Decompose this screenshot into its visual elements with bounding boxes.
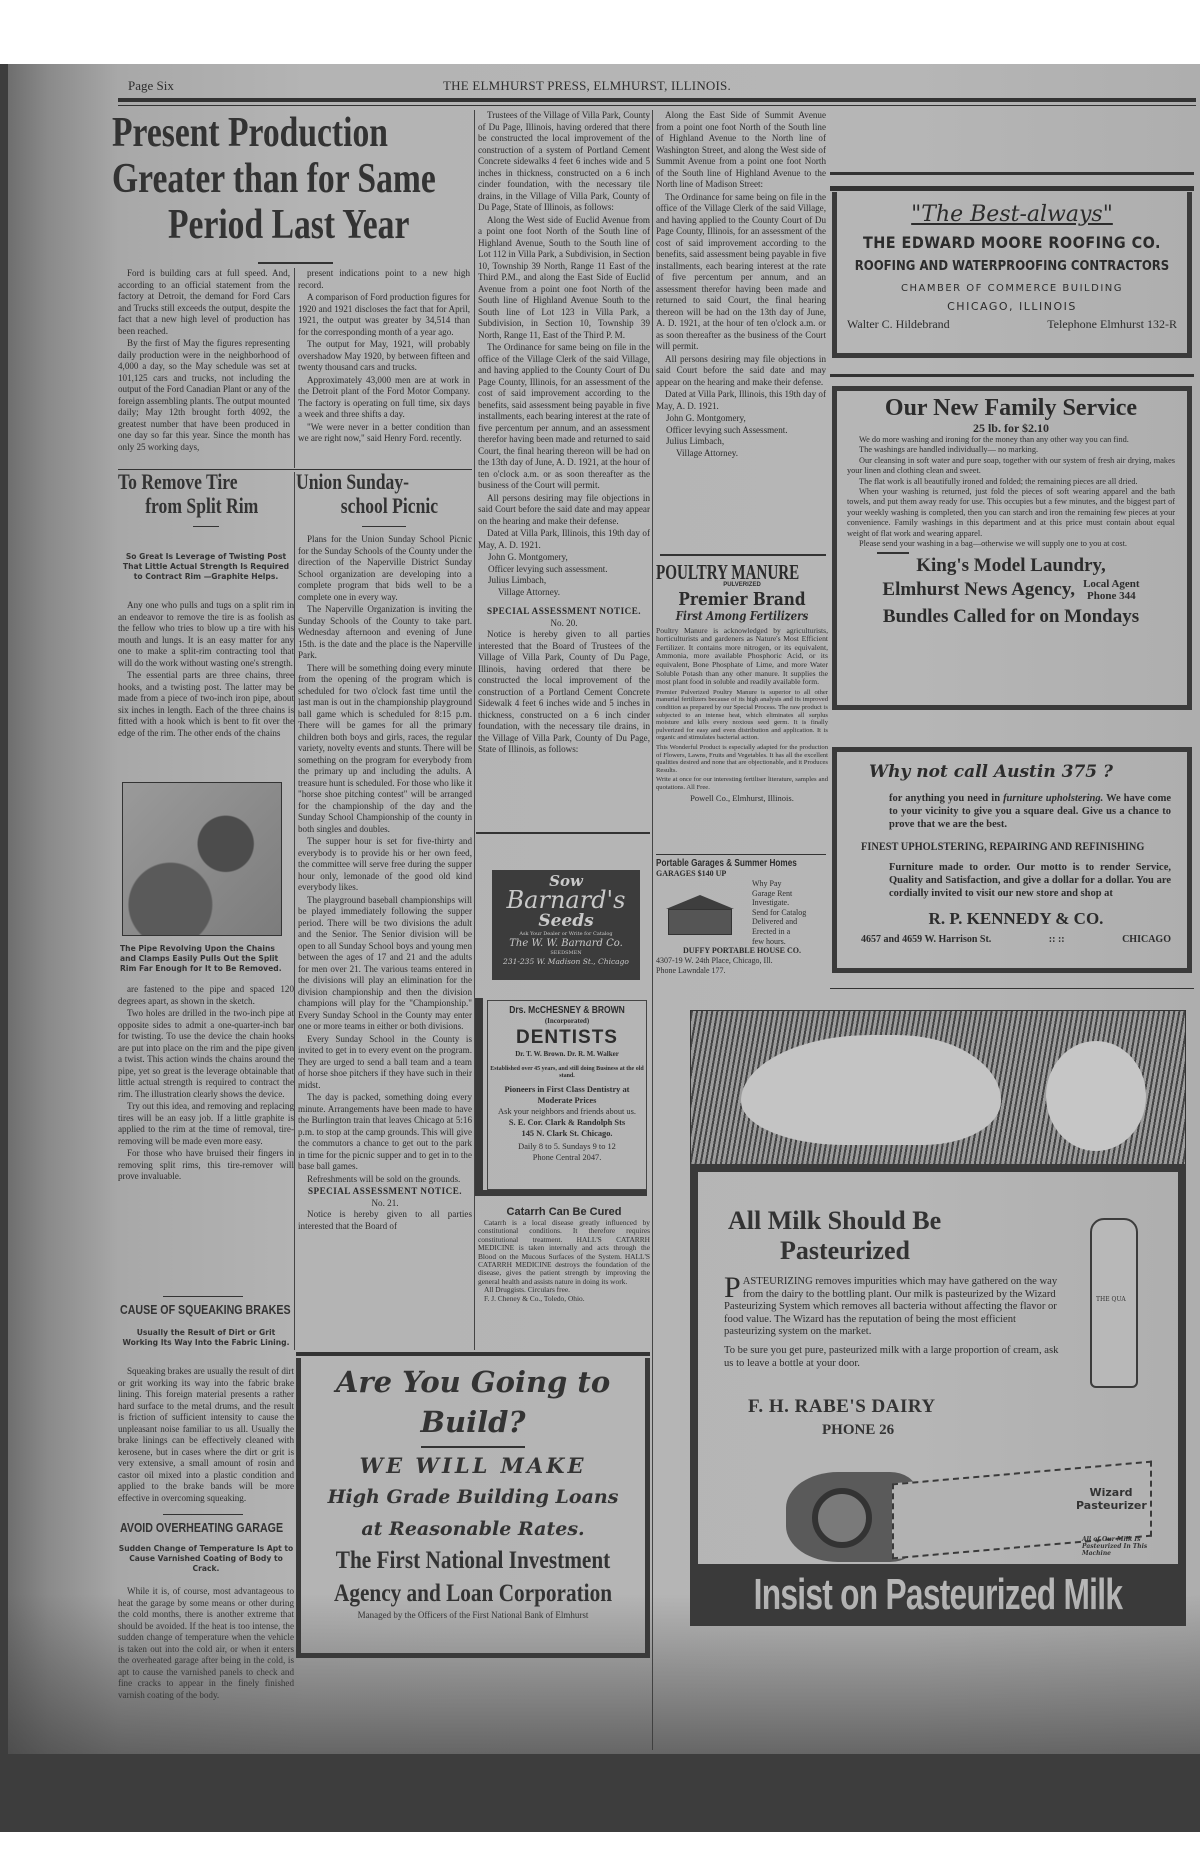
page-label: Page Six	[128, 78, 174, 94]
insist-banner: Insist on Pasteurized Milk	[690, 1564, 1186, 1626]
tire-body2: are fastened to the pipe and spaced 120 …	[118, 984, 294, 1184]
divider	[193, 526, 219, 527]
wizard-pasteurizer-illustration: Wizard Pasteurizer All of Our Milk Is Pa…	[742, 1468, 1162, 1568]
divider	[296, 1352, 650, 1356]
column-rule	[294, 268, 295, 468]
barnard-seeds-ad: Sow Barnard's Seeds Ask Your Dealer or W…	[492, 870, 640, 980]
brakes-subhead: Usually the Result of Dirt or Grit Worki…	[118, 1328, 294, 1348]
masthead-rule	[118, 98, 1196, 102]
illustration-caption: The Pipe Revolving Upon the Chains and C…	[120, 944, 292, 974]
divider	[163, 1514, 243, 1515]
divider	[163, 1296, 243, 1297]
roofing-contact: Walter C. Hildebrand	[847, 316, 950, 332]
legal-notice-b: Along the East Side of Summit Avenue fro…	[656, 110, 826, 459]
column-rule	[652, 110, 653, 1750]
ford-col1: Ford is building cars at full speed. And…	[118, 268, 290, 454]
portable-garages-ad: Portable Garages & Summer Homes GARAGES …	[656, 859, 828, 976]
dairy-body: PASTEURIZING removes impurities which ma…	[724, 1276, 1064, 1370]
laundry-ad: Our New Family Service 25 lb. for $2.10 …	[832, 386, 1192, 710]
brakes-headline: CAUSE OF SQUEAKING BRAKES	[120, 1302, 291, 1317]
divider	[258, 262, 333, 264]
divider	[830, 988, 1194, 989]
divider	[830, 186, 1194, 191]
dentist-ad: Drs. McCHESNEY & BROWN (Incorporated) DE…	[487, 1000, 647, 1190]
ford-col2: present indications point to a new high …	[298, 268, 470, 446]
roofing-phone: Telephone Elmhurst 132-R	[1047, 316, 1177, 332]
news-agency: Elmhurst News Agency,	[882, 579, 1075, 601]
garage-pitch: Why Pay Garage Rent Investigate. Send fo…	[752, 879, 828, 946]
picnic-body: Plans for the Union Sunday School Picnic…	[298, 534, 472, 1233]
building-loans-ad: Are You Going to Build? WE WILL MAKE Hig…	[296, 1358, 650, 1658]
divider	[660, 554, 826, 556]
poultry-manure-ad: POULTRY MANURE PULVERIZED Premier Brand …	[656, 562, 828, 803]
tire-remover-illustration	[122, 782, 282, 936]
tire-subhead: So Great Is Leverage of Twisting Post Th…	[118, 552, 294, 582]
newspaper-page: Page Six THE ELMHURST PRESS, ELMHURST, I…	[8, 64, 1200, 1754]
dentist-ad-border	[475, 998, 483, 1190]
garage-headline: AVOID OVERHEATING GARAGE	[120, 1520, 283, 1535]
kennedy-upholstering-ad: Why not call Austin 375 ? for anything y…	[832, 747, 1192, 973]
dairy-ad: All Milk Should Be Pasteurized PASTEURIZ…	[690, 1164, 1186, 1564]
dentist-ad-bottom-border	[475, 1190, 647, 1196]
divider	[476, 832, 650, 834]
masthead: Page Six THE ELMHURST PRESS, ELMHURST, I…	[128, 76, 1196, 96]
baby-body	[741, 1035, 1001, 1145]
garage-body: While it is, of course, most advantageou…	[118, 1586, 294, 1702]
divider	[421, 1446, 525, 1448]
kennedy-city: CHICAGO	[1122, 932, 1171, 948]
legal-notice-a: Trustees of the Village of Villa Park, C…	[478, 110, 650, 757]
divider	[830, 172, 1194, 175]
garage-subhead: Sudden Change of Temperature Is Apt to C…	[118, 1544, 294, 1574]
brakes-body: Squeaking brakes are usually the result …	[118, 1366, 294, 1505]
roofing-ad: "The Best-always" THE EDWARD MOORE ROOFI…	[832, 192, 1192, 358]
baby-illustration	[690, 1010, 1186, 1166]
newspaper-scan: Page Six THE ELMHURST PRESS, ELMHURST, I…	[0, 64, 1200, 1832]
tire-body1: Any one who pulls and tugs on a split ri…	[118, 600, 294, 740]
paper-title: THE ELMHURST PRESS, ELMHURST, ILLINOIS.	[443, 78, 731, 94]
catarrh-ad: Catarrh Can Be Cured Catarrh is a local …	[478, 1206, 650, 1303]
garage-illustration	[662, 895, 734, 937]
divider	[830, 374, 1194, 377]
baby-head	[1046, 1041, 1146, 1151]
milk-bottle: THE QUA	[1090, 1218, 1138, 1388]
picnic-headline: Union Sunday- school Picnic	[296, 470, 472, 518]
ford-headline: Present Production Greater than for Same…	[112, 110, 472, 258]
masthead-rule-thin	[118, 105, 1196, 106]
divider	[656, 854, 826, 855]
tire-headline: To Remove Tire from Split Rim	[118, 470, 294, 518]
divider	[362, 526, 406, 527]
column-rule	[294, 472, 295, 1350]
kennedy-address: 4657 and 4659 W. Harrison St.	[861, 932, 991, 948]
